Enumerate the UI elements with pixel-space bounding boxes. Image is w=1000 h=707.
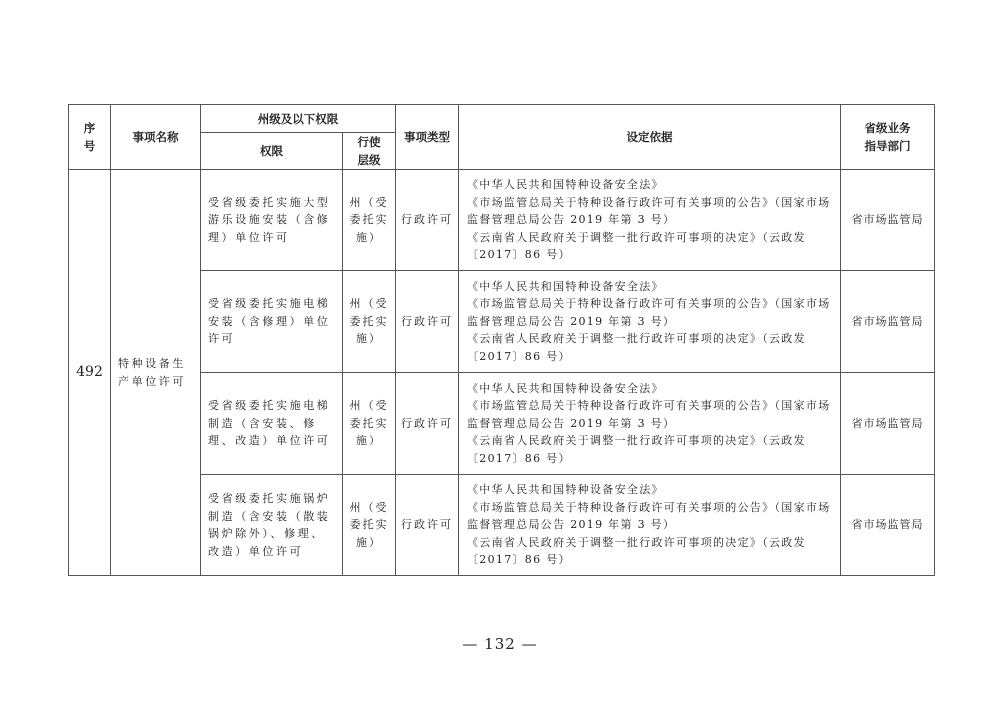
type-cell: 行政许可: [396, 170, 459, 271]
dept-cell: 省市场监管局: [841, 475, 935, 576]
basis-line: 《云南省人民政府关于调整一批行政许可事项的决定》（云政发: [467, 534, 836, 552]
header-item-type: 事项类型: [396, 105, 459, 170]
level-cell: 州（受委托实施）: [343, 373, 396, 475]
basis-line: 《中华人民共和国特种设备安全法》: [467, 278, 836, 296]
authority-cell: 受省级委托实施锅炉制造（含安装（散装锅炉除外）、修理、改造）单位许可: [201, 475, 343, 576]
basis-line: 〔2017〕86 号）: [467, 246, 836, 264]
authority-cell: 受省级委托实施大型游乐设施安装（含修理）单位许可: [201, 170, 343, 271]
basis-line: 《市场监管总局关于特种设备行政许可有关事项的公告》（国家市场: [467, 194, 836, 212]
type-cell: 行政许可: [396, 475, 459, 576]
header-item-name: 事项名称: [111, 105, 201, 170]
header-dept: 省级业务指导部门: [841, 105, 935, 170]
basis-line: 《市场监管总局关于特种设备行政许可有关事项的公告》（国家市场: [467, 295, 836, 313]
type-cell: 行政许可: [396, 271, 459, 373]
basis-line: 《中华人民共和国特种设备安全法》: [467, 380, 836, 398]
basis-cell: 《中华人民共和国特种设备安全法》 《市场监管总局关于特种设备行政许可有关事项的公…: [459, 475, 841, 576]
header-authority: 权限: [201, 133, 343, 170]
authority-cell: 受省级委托实施电梯安装（含修理）单位许可: [201, 271, 343, 373]
permission-table: 序号 事项名称 州级及以下权限 事项类型 设定依据 省级业务指导部门 权限 行使…: [68, 104, 935, 576]
basis-cell: 《中华人民共和国特种设备安全法》 《市场监管总局关于特种设备行政许可有关事项的公…: [459, 170, 841, 271]
basis-line: 《云南省人民政府关于调整一批行政许可事项的决定》（云政发: [467, 330, 836, 348]
page-number: — 132 —: [0, 635, 1000, 653]
dept-cell: 省市场监管局: [841, 271, 935, 373]
header-basis: 设定依据: [459, 105, 841, 170]
basis-cell: 《中华人民共和国特种设备安全法》 《市场监管总局关于特种设备行政许可有关事项的公…: [459, 373, 841, 475]
header-group: 州级及以下权限: [201, 105, 396, 133]
basis-line: 监督管理总局公告 2019 年第 3 号）: [467, 415, 836, 433]
basis-line: 《中华人民共和国特种设备安全法》: [467, 481, 836, 499]
dept-cell: 省市场监管局: [841, 373, 935, 475]
basis-cell: 《中华人民共和国特种设备安全法》 《市场监管总局关于特种设备行政许可有关事项的公…: [459, 271, 841, 373]
header-seq: 序号: [69, 105, 111, 170]
authority-cell: 受省级委托实施电梯制造（含安装、修理、改造）单位许可: [201, 373, 343, 475]
basis-line: 〔2017〕86 号）: [467, 551, 836, 569]
basis-line: 监督管理总局公告 2019 年第 3 号）: [467, 211, 836, 229]
basis-line: 监督管理总局公告 2019 年第 3 号）: [467, 313, 836, 331]
basis-line: 《中华人民共和国特种设备安全法》: [467, 176, 836, 194]
basis-line: 《市场监管总局关于特种设备行政许可有关事项的公告》（国家市场: [467, 499, 836, 517]
table-row: 492 特种设备生产单位许可 受省级委托实施大型游乐设施安装（含修理）单位许可 …: [69, 170, 935, 271]
basis-line: 《市场监管总局关于特种设备行政许可有关事项的公告》（国家市场: [467, 397, 836, 415]
level-cell: 州（受委托实施）: [343, 475, 396, 576]
type-cell: 行政许可: [396, 373, 459, 475]
basis-line: 监督管理总局公告 2019 年第 3 号）: [467, 516, 836, 534]
basis-line: 〔2017〕86 号）: [467, 348, 836, 366]
basis-line: 《云南省人民政府关于调整一批行政许可事项的决定》（云政发: [467, 432, 836, 450]
level-cell: 州（受委托实施）: [343, 271, 396, 373]
basis-line: 〔2017〕86 号）: [467, 450, 836, 468]
header-exercise-level: 行使层级: [343, 133, 396, 170]
level-cell: 州（受委托实施）: [343, 170, 396, 271]
item-name-cell: 特种设备生产单位许可: [111, 170, 201, 576]
seq-cell: 492: [69, 170, 111, 576]
basis-line: 《云南省人民政府关于调整一批行政许可事项的决定》（云政发: [467, 229, 836, 247]
dept-cell: 省市场监管局: [841, 170, 935, 271]
